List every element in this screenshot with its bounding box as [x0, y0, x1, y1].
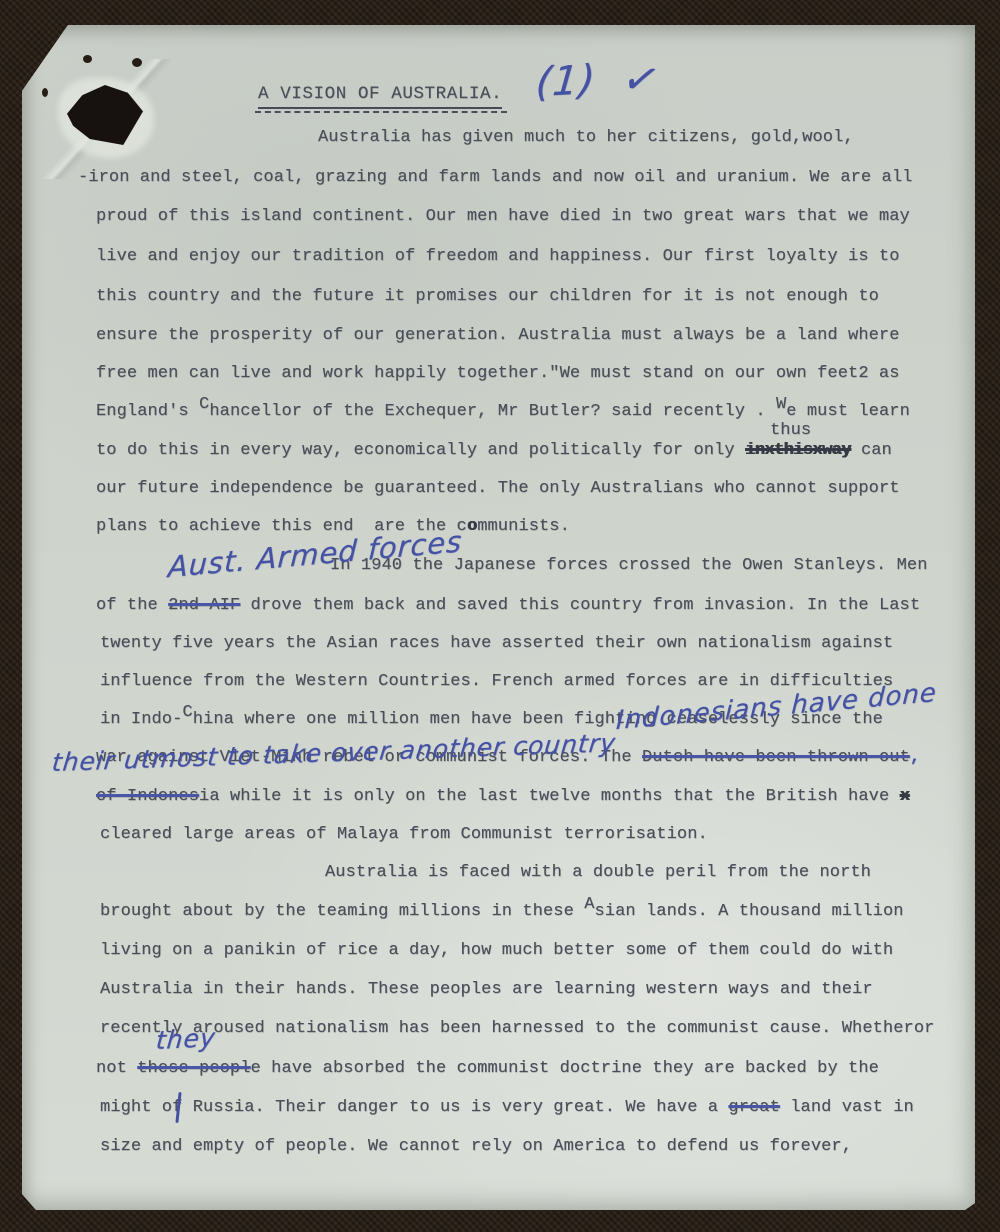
edit-they: they	[155, 1023, 217, 1055]
ink-stroke-on-of	[175, 1092, 181, 1123]
handwritten-annotations-layer: (1)✓Aust. Armed forcesIndonesians have d…	[0, 0, 1000, 1232]
approval-checkmark: ✓	[617, 53, 666, 106]
photo-background: A VISION OF AUSTRALIA. Australia has giv…	[0, 0, 1000, 1232]
document-page: A VISION OF AUSTRALIA. Australia has giv…	[22, 25, 975, 1210]
edit-indonesians-have-done: Indonesians have done	[615, 678, 937, 736]
edit-aust-armed-forces: Aust. Armed forces	[167, 524, 463, 584]
edit-their-utmost: their utmost to take over another countr…	[50, 728, 617, 777]
page-number-annotation: (1)	[534, 57, 598, 106]
